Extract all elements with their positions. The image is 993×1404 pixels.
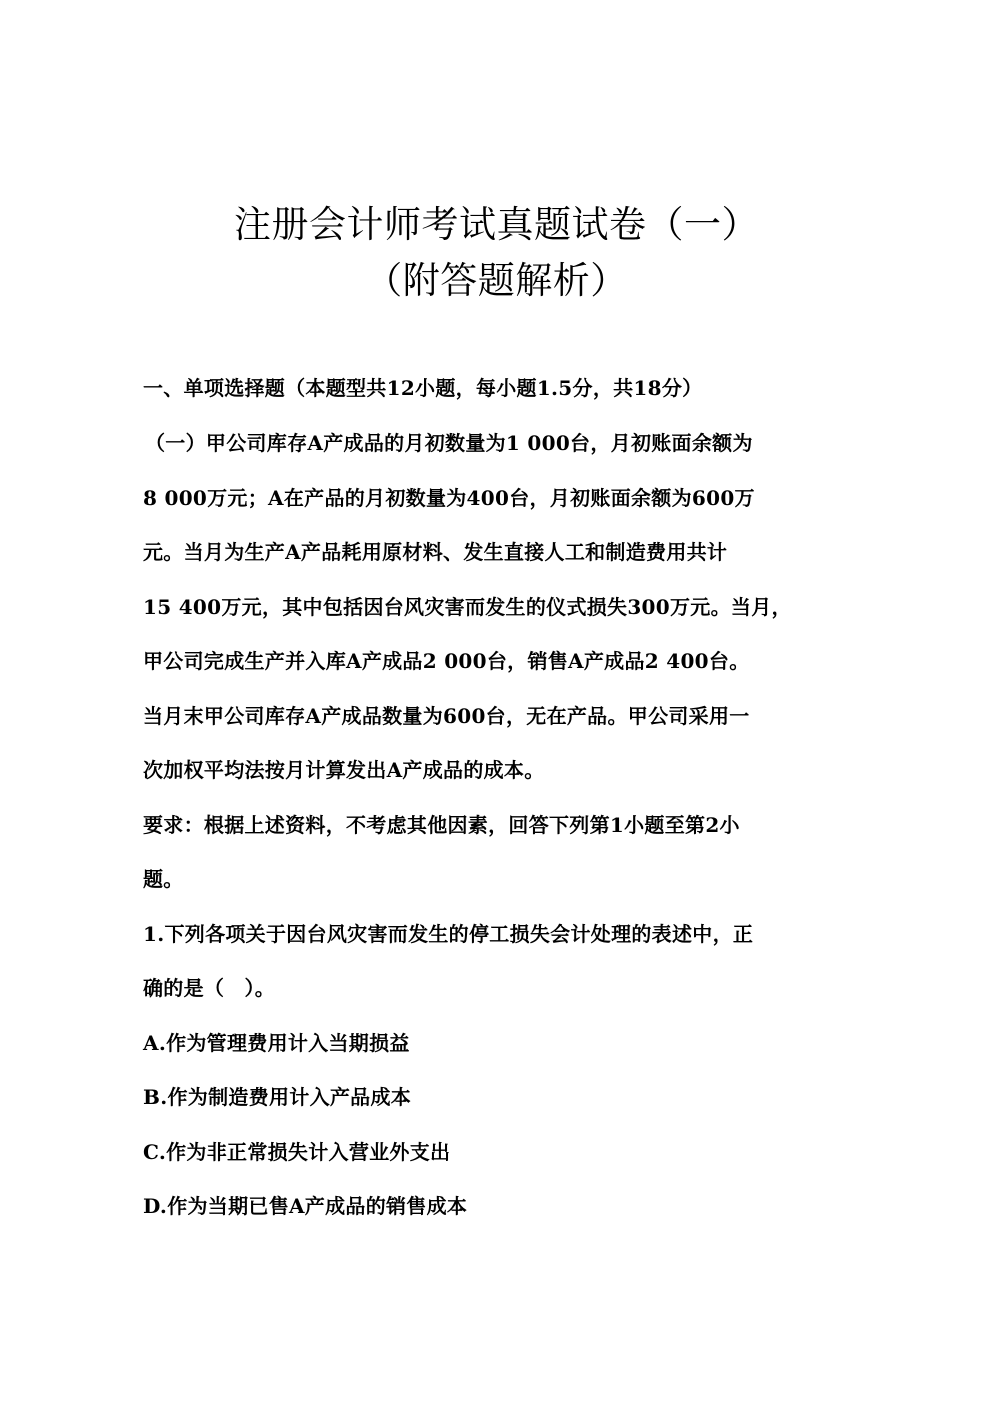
scenario-line: 次加权平均法按月计算发出A产成品的成本。 — [143, 756, 545, 784]
scenario-line: （一）甲公司库存A产成品的月初数量为1 000台，月初账面余额为 — [145, 429, 753, 457]
option-b: B.作为制造费用计入产品成本 — [143, 1083, 411, 1111]
question-stem: 确的是（ ）。 — [143, 974, 275, 1002]
option-d: D.作为当期已售A产成品的销售成本 — [143, 1192, 467, 1220]
section-heading: 一、单项选择题（本题型共12小题，每小题1.5分，共18分） — [143, 374, 702, 402]
scenario-line: 15 400万元，其中包括因台风灾害而发生的仪式损失300万元。当月， — [143, 593, 792, 621]
question-stem: 1.下列各项关于因台风灾害而发生的停工损失会计处理的表述中，正 — [143, 920, 753, 948]
scenario-line: 8 000万元；A在产品的月初数量为400台，月初账面余额为600万 — [143, 484, 755, 512]
option-c: C.作为非正常损失计入营业外支出 — [143, 1138, 450, 1166]
requirement-line: 要求：根据上述资料，不考虑其他因素，回答下列第1小题至第2小 — [143, 811, 740, 839]
document-title: 注册会计师考试真题试卷（一） — [0, 203, 993, 247]
scenario-line: 元。当月为生产A产品耗用原材料、发生直接人工和制造费用共计 — [143, 538, 727, 566]
scenario-line: 甲公司完成生产并入库A产成品2 000台，销售A产成品2 400台。 — [143, 647, 750, 675]
requirement-line: 题。 — [143, 865, 184, 893]
option-a: A.作为管理费用计入当期损益 — [143, 1029, 410, 1057]
scenario-line: 当月末甲公司库存A产成品数量为600台，无在产品。甲公司采用一 — [143, 702, 750, 730]
document-subtitle: （附答题解析） — [0, 259, 993, 303]
